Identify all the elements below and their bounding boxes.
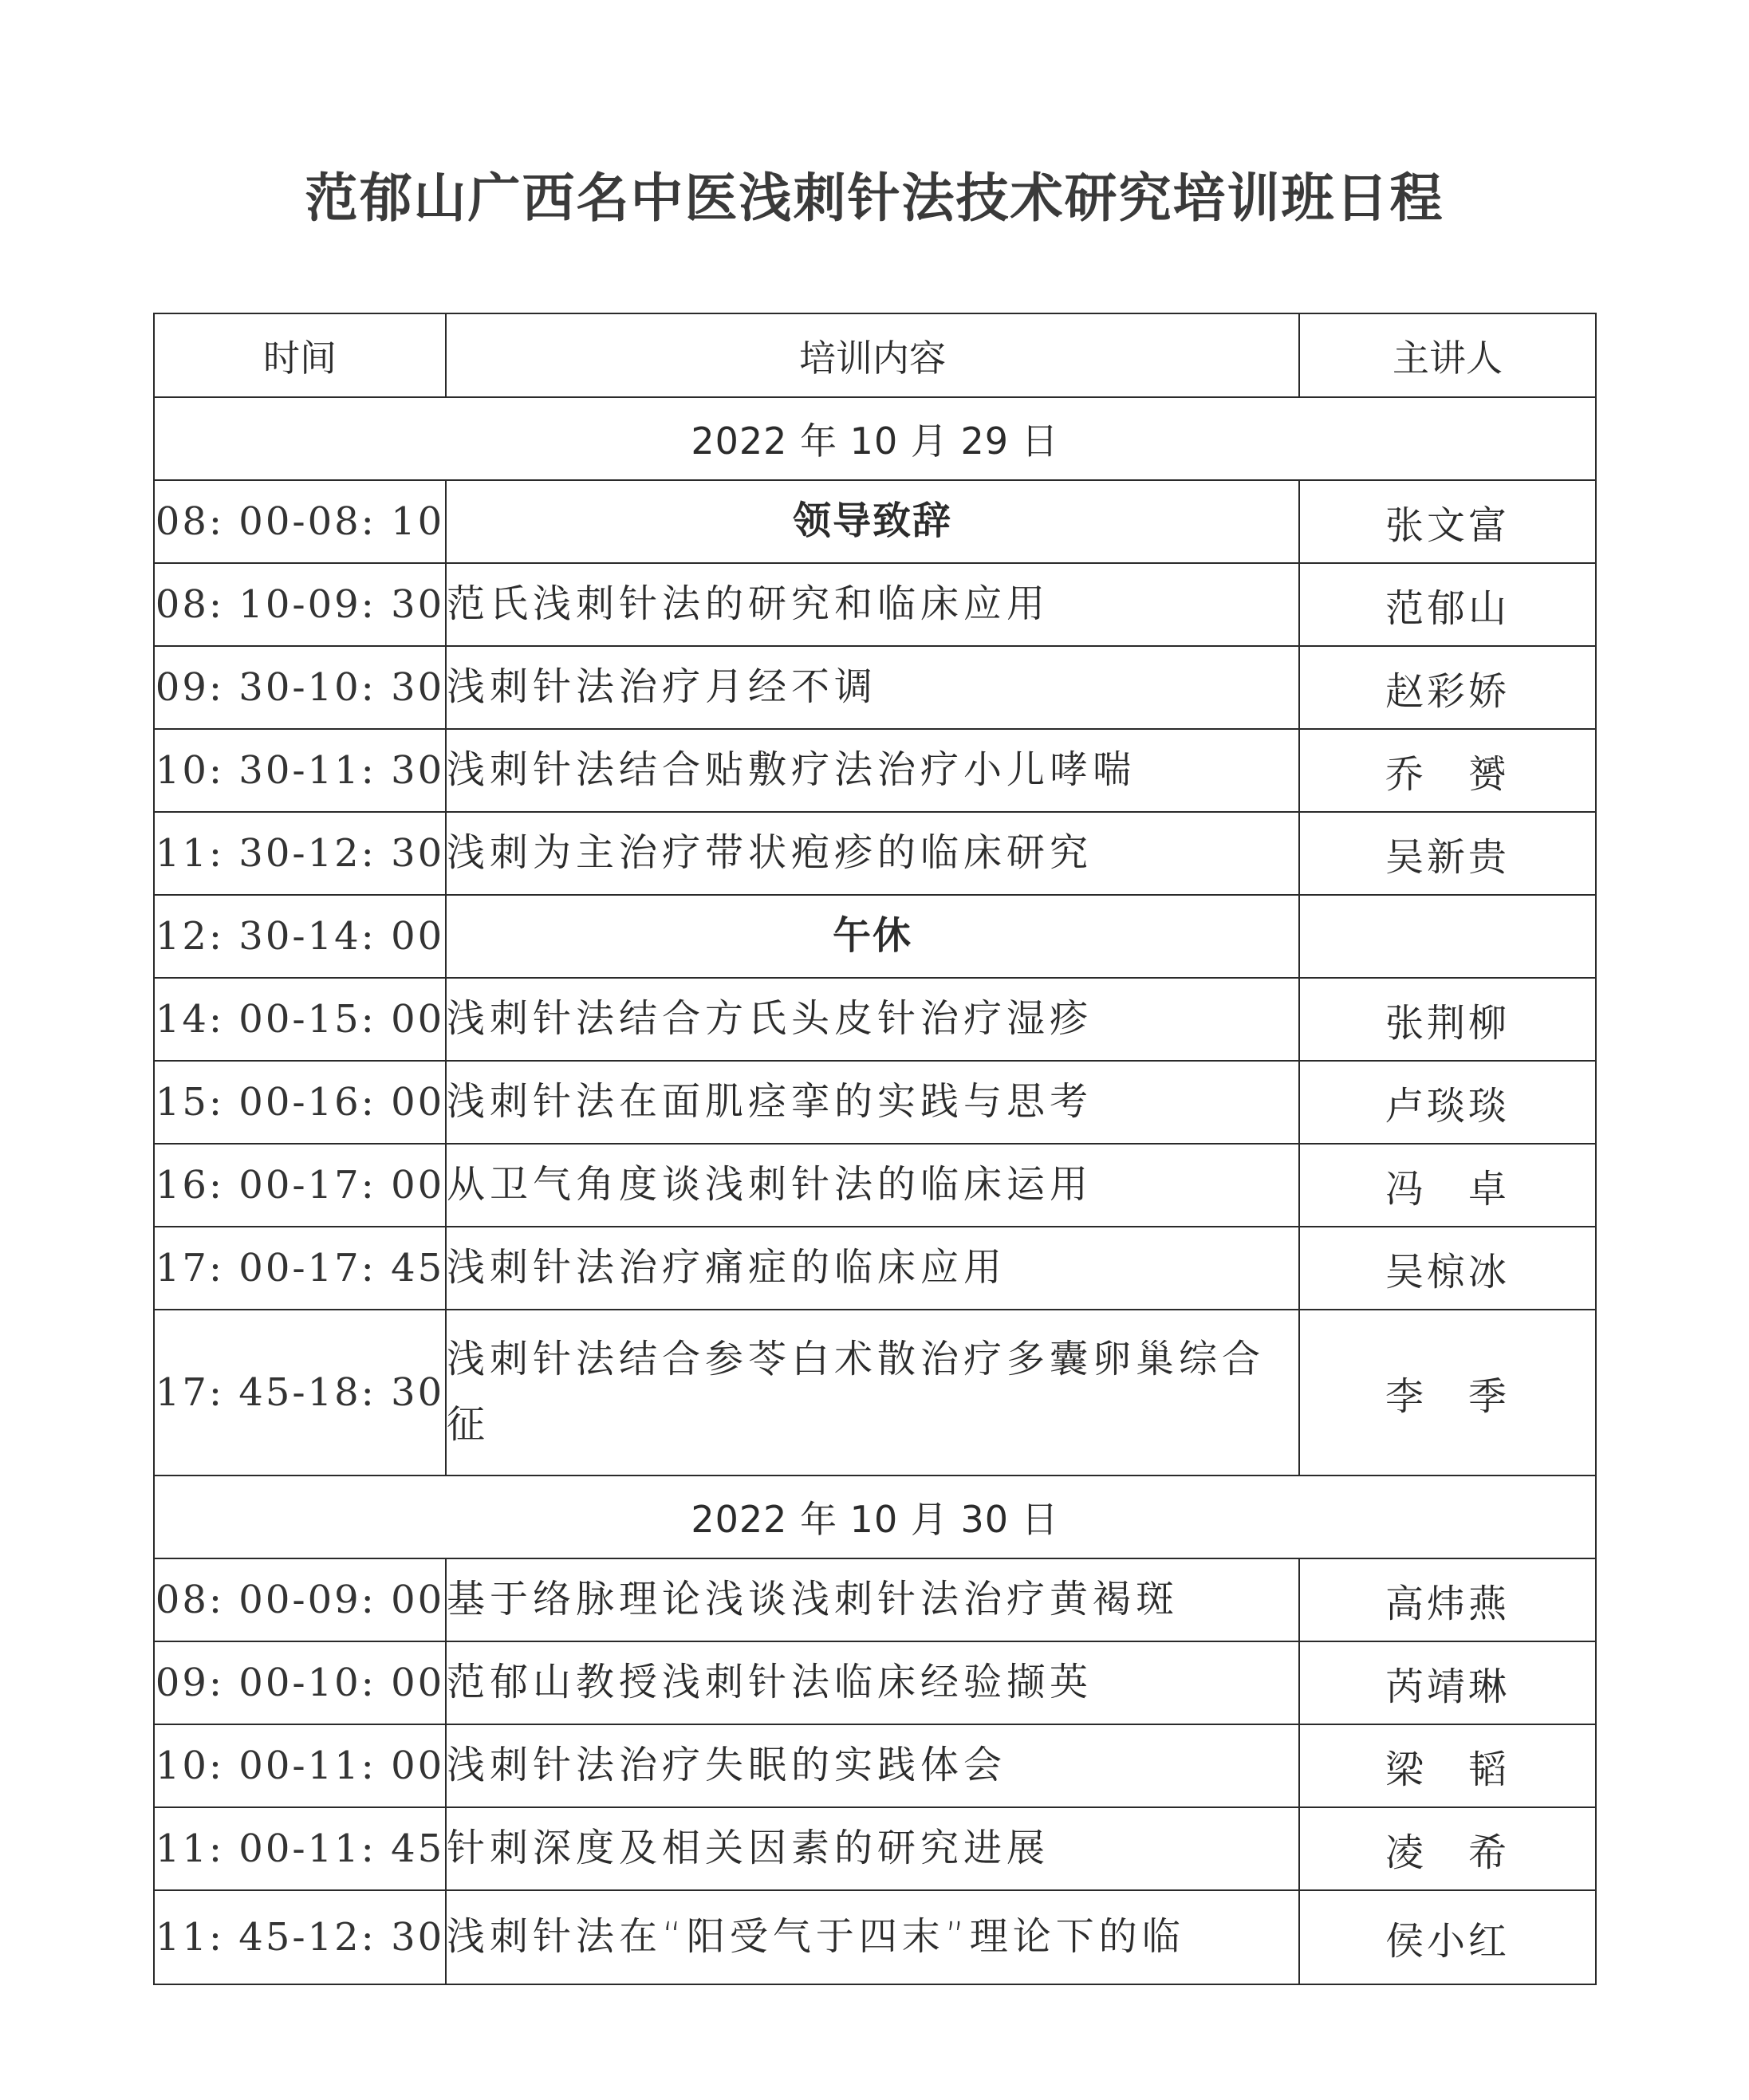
table-row: 11: 45-12: 30 浅刺针法在“阳受气于四末”理论下的临 侯小红 [154,1890,1596,1984]
session-speaker: 梁 韬 [1299,1724,1596,1807]
session-speaker: 乔 赟 [1299,729,1596,812]
session-speaker: 吴新贵 [1299,812,1596,895]
session-time: 11: 45-12: 30 [154,1890,446,1984]
table-header-row: 时间 培训内容 主讲人 [154,313,1596,397]
table-row: 08: 00-08: 10 领导致辞 张文富 [154,480,1596,563]
session-time: 11: 00-11: 45 [154,1807,446,1890]
table-row: 14: 00-15: 00 浅刺针法结合方氏头皮针治疗湿疹 张荆柳 [154,978,1596,1061]
session-time: 08: 00-08: 10 [154,480,446,563]
date-label: 2022 年 10 月 29 日 [154,397,1596,480]
schedule-table: 时间 培训内容 主讲人 2022 年 10 月 29 日 08: 00-08: … [153,313,1597,1985]
table-row: 10: 30-11: 30 浅刺针法结合贴敷疗法治疗小儿哮喘 乔 赟 [154,729,1596,812]
header-speaker: 主讲人 [1299,313,1596,397]
session-topic: 浅刺为主治疗带状疱疹的临床研究 [446,812,1299,895]
session-speaker: 凌 希 [1299,1807,1596,1890]
session-topic: 从卫气角度谈浅刺针法的临床运用 [446,1144,1299,1227]
session-speaker: 吴椋冰 [1299,1227,1596,1310]
session-topic: 浅刺针法结合参苓白术散治疗多囊卵巢综合征 [446,1310,1299,1476]
session-topic: 浅刺针法治疗月经不调 [446,646,1299,729]
session-topic: 浅刺针法结合贴敷疗法治疗小儿哮喘 [446,729,1299,812]
session-time: 17: 00-17: 45 [154,1227,446,1310]
table-row: 09: 00-10: 00 范郁山教授浅刺针法临床经验撷英 芮靖琳 [154,1641,1596,1724]
session-time: 16: 00-17: 00 [154,1144,446,1227]
table-row: 11: 00-11: 45 针刺深度及相关因素的研究进展 凌 希 [154,1807,1596,1890]
session-topic: 针刺深度及相关因素的研究进展 [446,1807,1299,1890]
session-topic: 基于络脉理论浅谈浅刺针法治疗黄褐斑 [446,1558,1299,1641]
session-time: 09: 30-10: 30 [154,646,446,729]
table-row: 17: 45-18: 30 浅刺针法结合参苓白术散治疗多囊卵巢综合征 李 季 [154,1310,1596,1476]
session-speaker: 李 季 [1299,1310,1596,1476]
session-time: 15: 00-16: 00 [154,1061,446,1144]
table-row: 16: 00-17: 00 从卫气角度谈浅刺针法的临床运用 冯 卓 [154,1144,1596,1227]
session-time: 11: 30-12: 30 [154,812,446,895]
session-topic: 浅刺针法在“阳受气于四末”理论下的临 [446,1890,1299,1984]
date-row-day1: 2022 年 10 月 29 日 [154,397,1596,480]
session-time: 17: 45-18: 30 [154,1310,446,1476]
header-time: 时间 [154,313,446,397]
header-content: 培训内容 [446,313,1299,397]
session-time: 12: 30-14: 00 [154,895,446,978]
table-row: 10: 00-11: 00 浅刺针法治疗失眠的实践体会 梁 韬 [154,1724,1596,1807]
session-time: 10: 30-11: 30 [154,729,446,812]
session-speaker: 冯 卓 [1299,1144,1596,1227]
session-topic: 午休 [446,895,1299,978]
session-time: 10: 00-11: 00 [154,1724,446,1807]
document-title: 范郁山广西名中医浅刺针法技术研究培训班日程 [0,156,1749,231]
table-row: 08: 10-09: 30 范氏浅刺针法的研究和临床应用 范郁山 [154,563,1596,646]
session-speaker: 高炜燕 [1299,1558,1596,1641]
session-time: 09: 00-10: 00 [154,1641,446,1724]
session-time: 14: 00-15: 00 [154,978,446,1061]
session-topic: 浅刺针法在面肌痉挛的实践与思考 [446,1061,1299,1144]
session-speaker: 侯小红 [1299,1890,1596,1984]
session-speaker: 赵彩娇 [1299,646,1596,729]
session-topic: 浅刺针法结合方氏头皮针治疗湿疹 [446,978,1299,1061]
session-speaker: 范郁山 [1299,563,1596,646]
session-topic: 范郁山教授浅刺针法临床经验撷英 [446,1641,1299,1724]
session-speaker [1299,895,1596,978]
table-row: 15: 00-16: 00 浅刺针法在面肌痉挛的实践与思考 卢琰琰 [154,1061,1596,1144]
session-topic: 领导致辞 [446,480,1299,563]
table-row: 08: 00-09: 00 基于络脉理论浅谈浅刺针法治疗黄褐斑 高炜燕 [154,1558,1596,1641]
session-speaker: 芮靖琳 [1299,1641,1596,1724]
table-row: 09: 30-10: 30 浅刺针法治疗月经不调 赵彩娇 [154,646,1596,729]
session-time: 08: 10-09: 30 [154,563,446,646]
session-speaker: 张文富 [1299,480,1596,563]
table-row: 11: 30-12: 30 浅刺为主治疗带状疱疹的临床研究 吴新贵 [154,812,1596,895]
session-speaker: 卢琰琰 [1299,1061,1596,1144]
session-speaker: 张荆柳 [1299,978,1596,1061]
session-topic: 范氏浅刺针法的研究和临床应用 [446,563,1299,646]
table-row-lunch-break: 12: 30-14: 00 午休 [154,895,1596,978]
table-row: 17: 00-17: 45 浅刺针法治疗痛症的临床应用 吴椋冰 [154,1227,1596,1310]
session-time: 08: 00-09: 00 [154,1558,446,1641]
date-row-day2: 2022 年 10 月 30 日 [154,1476,1596,1558]
session-topic: 浅刺针法治疗痛症的临床应用 [446,1227,1299,1310]
session-topic: 浅刺针法治疗失眠的实践体会 [446,1724,1299,1807]
date-label: 2022 年 10 月 30 日 [154,1476,1596,1558]
